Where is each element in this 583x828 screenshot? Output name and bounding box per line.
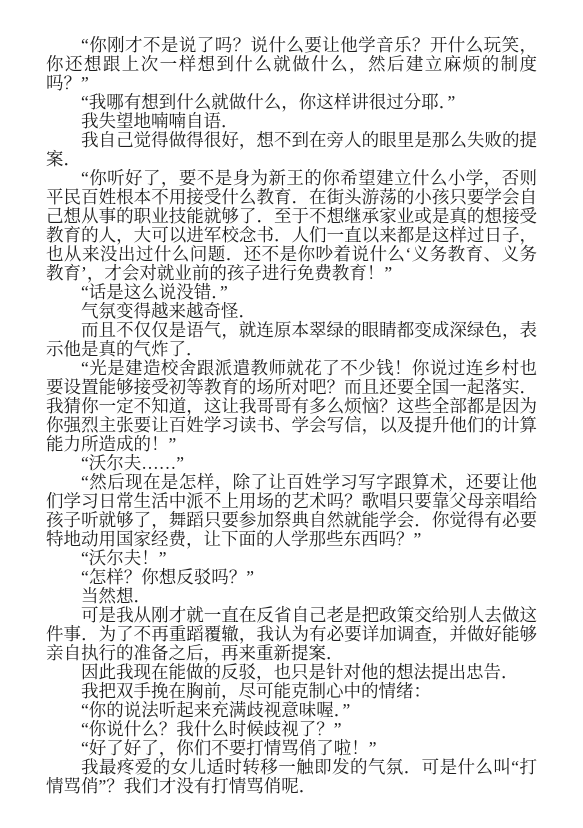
paragraph: 我自己觉得做得很好，想不到在旁人的眼里是那么失败的提案． [46, 131, 537, 169]
paragraph: “光是建造校舍跟派遣教师就花了不少钱！你说过连乡村也要设置能够接受初等教育的场所… [46, 359, 537, 454]
paragraph: “话是这么说没错．” [46, 283, 537, 302]
paragraph: 当然想． [46, 587, 537, 606]
novel-text-block: “你刚才不是说了吗？说什么要让他学音乐？开什么玩笑，你还想跟上次一样想到什么就做… [46, 36, 537, 796]
paragraph: 我最疼爱的女儿适时转移一触即发的气氛．可是什么叫“打情骂俏”？我们才没有打情骂俏… [46, 758, 537, 796]
paragraph: “你说什么？我什么时候歧视了？” [46, 720, 537, 739]
paragraph: 因此我现在能做的反驳，也只是针对他的想法提出忠告． [46, 663, 537, 682]
paragraph: 而且不仅仅是语气，就连原本翠绿的眼睛都变成深绿色，表示他是真的气炸了． [46, 321, 537, 359]
paragraph: “沃尔夫！” [46, 549, 537, 568]
paragraph: “你刚才不是说了吗？说什么要让他学音乐？开什么玩笑，你还想跟上次一样想到什么就做… [46, 36, 537, 93]
paragraph: 我把双手挽在胸前，尽可能克制心中的情绪： [46, 682, 537, 701]
paragraph: “你的说法听起来充满歧视意味喔．” [46, 701, 537, 720]
paragraph: “然后现在是怎样，除了让百姓学习写字跟算术，还要让他们学习日常生活中派不上用场的… [46, 473, 537, 549]
paragraph: “你听好了，要不是身为新王的你希望建立什么小学，否则平民百姓根本不用接受什么教育… [46, 169, 537, 283]
paragraph: 可是我从刚才就一直在反省自己老是把政策交给别人去做这件事．为了不再重蹈覆辙，我认… [46, 606, 537, 663]
paragraph: “我哪有想到什么就做什么，你这样讲很过分耶．” [46, 93, 537, 112]
paragraph: “沃尔夫……” [46, 454, 537, 473]
paragraph: “怎样？你想反驳吗？” [46, 568, 537, 587]
paragraph: 气氛变得越来越奇怪． [46, 302, 537, 321]
paragraph: 我失望地喃喃自语． [46, 112, 537, 131]
novel-page: “你刚才不是说了吗？说什么要让他学音乐？开什么玩笑，你还想跟上次一样想到什么就做… [0, 0, 583, 828]
paragraph: “好了好了，你们不要打情骂俏了啦！” [46, 739, 537, 758]
